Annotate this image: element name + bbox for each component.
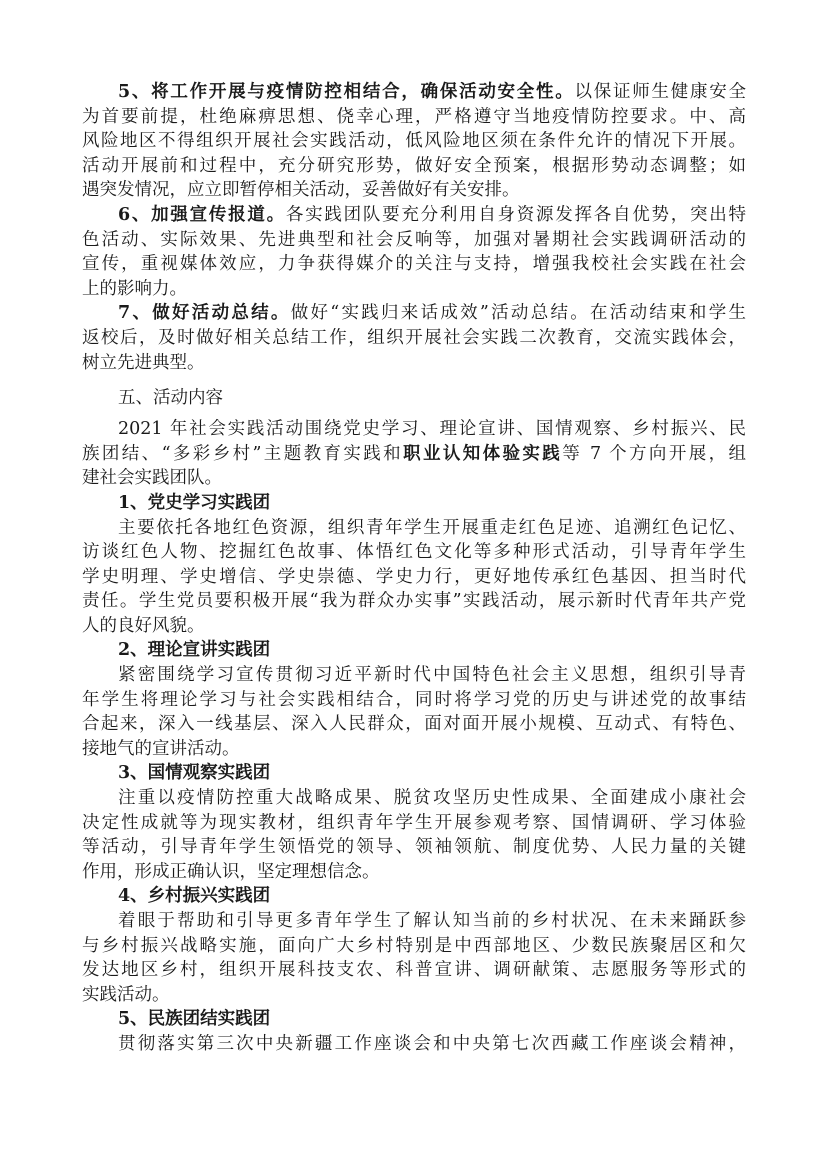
paragraph-line: 接地气的宣讲活动。: [82, 737, 746, 762]
paragraph-line: 返校后，及时做好相关总结工作，组织开展社会实践二次教育，交流实践体会，: [82, 326, 746, 351]
document-page: 5、将工作开展与疫情防控相结合，确保活动安全性。以保证师生健康安全 为首要前提，…: [82, 80, 746, 1057]
paragraph-line: 族团结、“多彩乡村”主题教育实践和职业认知体验实践等 7 个方向开展，组: [82, 442, 746, 467]
paragraph-line: 6、加强宣传报道。各实践团队要充分利用自身资源发挥各自优势，突出特: [82, 203, 746, 228]
paragraph-line: 注重以疫情防控重大战略成果、脱贫攻坚历史性成果、全面建成小康社会: [82, 786, 746, 811]
paragraph-line: 着眼于帮助和引导更多青年学生了解认知当前的乡村状况、在未来踊跃参: [82, 909, 746, 934]
paragraph-line: 上的影响力。: [82, 277, 746, 302]
paragraph-line: 7、做好活动总结。做好“实践归来话成效”活动总结。在活动结束和学生: [82, 301, 746, 326]
paragraph-line: 合起来，深入一线基层、深入人民群众，面对面开展小规模、互动式、有特色、: [82, 712, 746, 737]
paragraph-line: 主要依托各地红色资源，组织青年学生开展重走红色足迹、追溯红色记忆、: [82, 516, 746, 541]
paragraph-line: 年学生将理论学习与社会实践相结合，同时将学习党的历史与讲述党的故事结: [82, 688, 746, 713]
paragraph-line: 宣传，重视媒体效应，力争获得媒介的关注与支持，增强我校社会实践在社会: [82, 252, 746, 277]
paragraph-line: 紧密围绕学习宣传贯彻习近平新时代中国特色社会主义思想，组织引导青: [82, 663, 746, 688]
paragraph-line: 2021 年社会实践活动围绕党史学习、理论宣讲、国情观察、乡村振兴、民: [82, 417, 746, 442]
paragraph-line: 实践活动。: [82, 983, 746, 1008]
group-title: 2、理论宣讲实践团: [82, 638, 746, 663]
paragraph-line: 人的良好风貌。: [82, 614, 746, 639]
paragraph-line: 访谈红色人物、挖掘红色故事、体悟红色文化等多种形式活动，引导青年学生: [82, 540, 746, 565]
item-heading: 5、将工作开展与疫情防控相结合，确保活动安全性。: [118, 82, 575, 102]
paragraph-line: 活动开展前和过程中，充分研究形势，做好安全预案，根据形势动态调整；如: [82, 154, 746, 179]
paragraph-line: 风险地区不得组织开展社会实践活动，低风险地区须在条件允许的情况下开展。: [82, 129, 746, 154]
emphasis-text: 职业认知体验实践: [403, 444, 562, 464]
paragraph-line: 决定性成就等为现实教材，组织青年学生开展参观考察、国情调研、学习体验: [82, 811, 746, 836]
section-title: 五、活动内容: [82, 383, 746, 413]
paragraph-line: 为首要前提，杜绝麻痹思想、侥幸心理，严格遵守当地疫情防控要求。中、高: [82, 105, 746, 130]
paragraph-line: 责任。学生党员要积极开展“我为群众办实事”实践活动，展示新时代青年共产党: [82, 589, 746, 614]
paragraph-line: 遇突发情况，应立即暂停相关活动，妥善做好有关安排。: [82, 178, 746, 203]
paragraph-line: 等活动，引导青年学生领悟党的领导、领袖领航、制度优势、人民力量的关键: [82, 835, 746, 860]
item-heading: 7、做好活动总结。: [118, 303, 291, 323]
paragraph-line: 学史明理、学史增信、学史崇德、学史力行，更好地传承红色基因、担当时代: [82, 565, 746, 590]
paragraph-line: 作用，形成正确认识，坚定理想信念。: [82, 860, 746, 885]
paragraph-line: 树立先进典型。: [82, 351, 746, 376]
item-heading: 6、加强宣传报道。: [118, 205, 286, 225]
paragraph-line: 与乡村振兴战略实施，面向广大乡村特别是中西部地区、少数民族聚居区和欠: [82, 934, 746, 959]
paragraph-line: 发达地区乡村，组织开展科技支农、科普宣讲、调研献策、志愿服务等形式的: [82, 958, 746, 983]
paragraph-line: 建社会实践团队。: [82, 466, 746, 491]
paragraph-line: 贯彻落实第三次中央新疆工作座谈会和中央第七次西藏工作座谈会精神，: [82, 1032, 746, 1057]
group-title: 1、党史学习实践团: [82, 491, 746, 516]
group-title: 5、民族团结实践团: [82, 1007, 746, 1032]
paragraph-line: 5、将工作开展与疫情防控相结合，确保活动安全性。以保证师生健康安全: [82, 80, 746, 105]
group-title: 4、乡村振兴实践团: [82, 884, 746, 909]
paragraph-line: 色活动、实际效果、先进典型和社会反响等，加强对暑期社会实践调研活动的: [82, 228, 746, 253]
group-title: 3、国情观察实践团: [82, 761, 746, 786]
